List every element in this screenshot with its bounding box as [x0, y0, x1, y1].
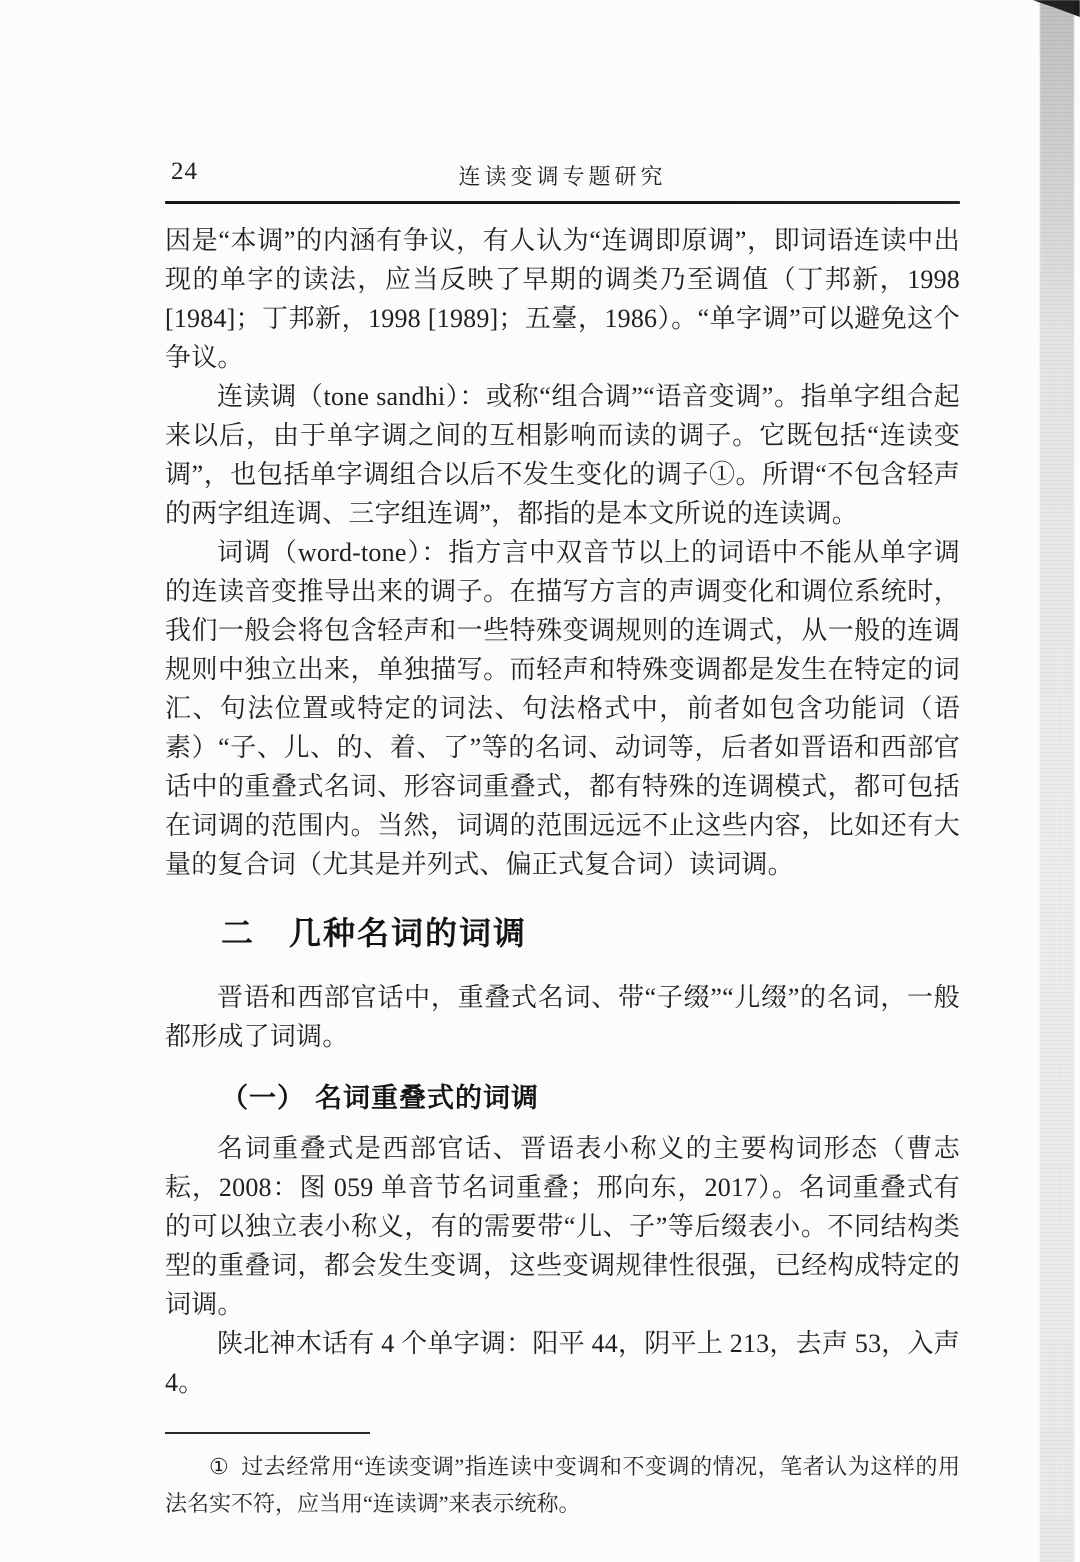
- subsection-number: （一）: [221, 1076, 305, 1115]
- scanned-book-page: 24 连读变调专题研究 因是“本调”的内涵有争议，有人认为“连调即原调”，即词语…: [0, 0, 1080, 1562]
- footnote: ①过去经常用“连读变调”指连读中变调和不变调的情况，笔者认为这样的用法名实不符，…: [165, 1448, 960, 1522]
- section-heading: 二 几种名词的词调: [221, 908, 960, 954]
- subsection-heading: （一） 名词重叠式的词调: [221, 1076, 960, 1115]
- page-number: 24: [171, 158, 198, 186]
- footnote-rule: [165, 1432, 370, 1434]
- paragraph-section-intro: 晋语和西部官话中，重叠式名词、带“子缀”“儿缀”的名词，一般都形成了词调。: [165, 978, 960, 1056]
- section-title: 几种名词的词调: [289, 908, 527, 954]
- running-title: 连读变调专题研究: [458, 160, 666, 191]
- paragraph-shenmu-citation-tones: 陕北神木话有 4 个单字调：阳平 44，阴平上 213，去声 53，入声 4。: [165, 1324, 960, 1402]
- footnote-marker: ①: [209, 1454, 229, 1479]
- page-header: 24 连读变调专题研究: [165, 158, 960, 192]
- paragraph-noun-reduplication: 名词重叠式是西部官话、晋语表小称义的主要构词形态（曹志耘，2008：图 059 …: [165, 1129, 960, 1324]
- scan-edge-noise: [1040, 0, 1074, 1562]
- page-content: 24 连读变调专题研究 因是“本调”的内涵有争议，有人认为“连调即原调”，即词语…: [165, 158, 960, 1522]
- header-rule: [165, 201, 960, 204]
- subsection-title: 名词重叠式的词调: [315, 1076, 539, 1115]
- paragraph-cidiao-definition: 词调（word-tone）：指方言中双音节以上的词语中不能从单字调的连读音变推导…: [165, 533, 960, 884]
- paragraph-liandudiao-definition: 连读调（tone sandhi）：或称“组合调”“语音变调”。指单字组合起来以后…: [165, 377, 960, 533]
- footnote-text: 过去经常用“连读变调”指连读中变调和不变调的情况，笔者认为这样的用法名实不符，应…: [165, 1454, 960, 1516]
- section-number: 二: [221, 908, 255, 954]
- paragraph-bendiao-continuation: 因是“本调”的内涵有争议，有人认为“连调即原调”，即词语连读中出现的单字的读法，…: [165, 221, 960, 377]
